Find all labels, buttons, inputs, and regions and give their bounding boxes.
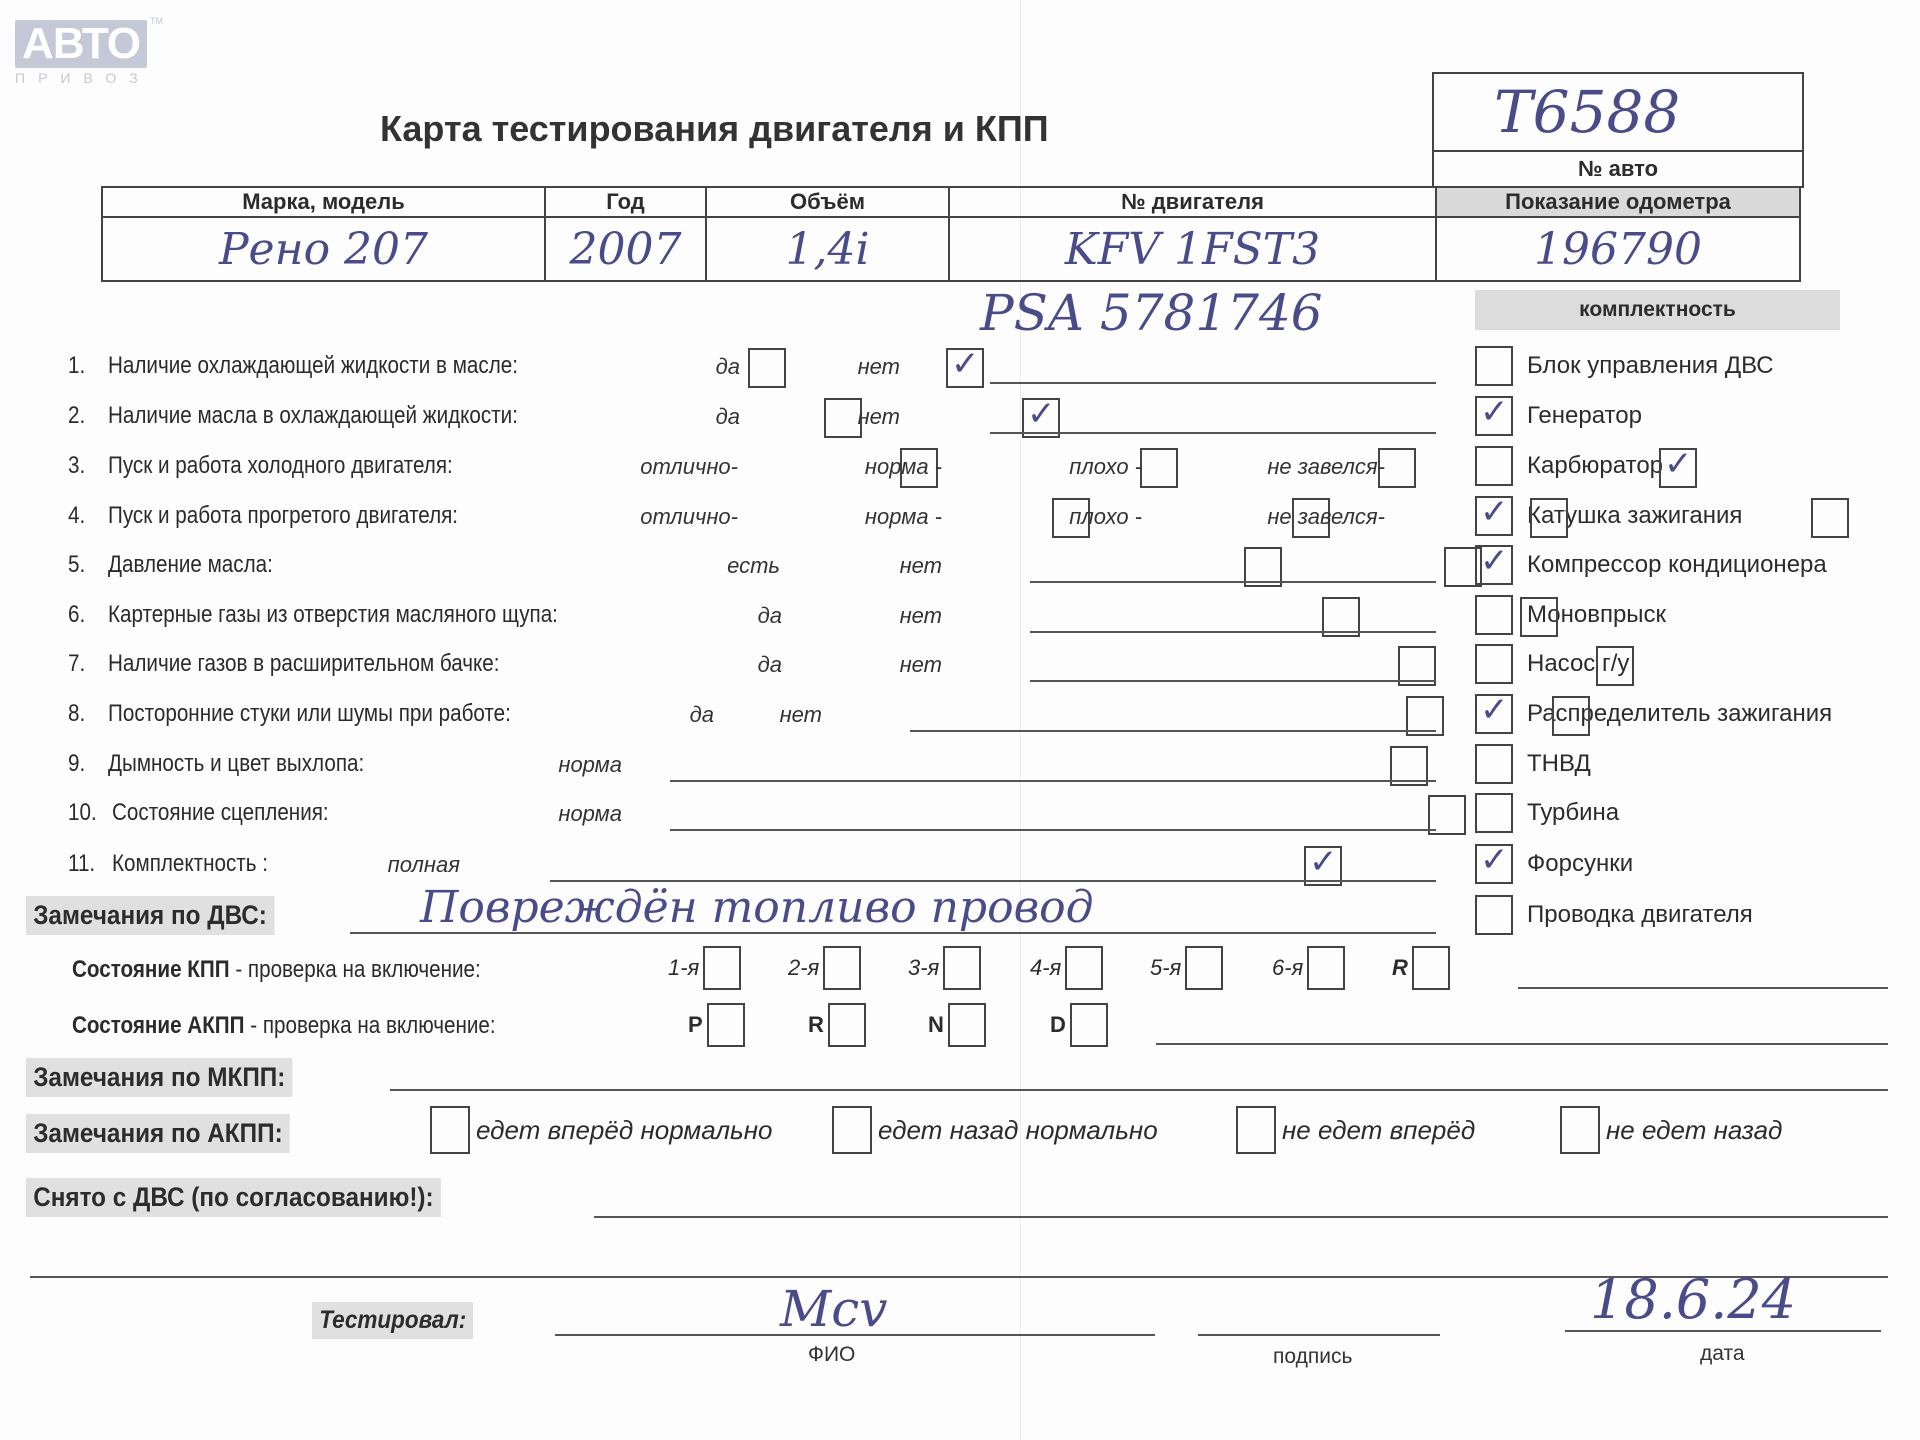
option-checkbox[interactable] bbox=[1552, 696, 1590, 736]
check-notes-line[interactable] bbox=[1030, 631, 1436, 633]
option-label: да bbox=[690, 702, 714, 728]
check-notes-line[interactable] bbox=[670, 780, 1436, 782]
check-label: Дымность и цвет выхлопа: bbox=[108, 750, 364, 778]
engine-number-value[interactable]: KFV 1FST3 bbox=[949, 217, 1436, 281]
option-checkbox[interactable] bbox=[946, 348, 984, 388]
option-label: есть bbox=[727, 553, 780, 579]
option-label: не завелся- bbox=[1267, 454, 1385, 480]
akpp-label-rest: - проверка на включение: bbox=[244, 1012, 495, 1039]
check-number: 10. bbox=[68, 799, 97, 827]
engine-notes-label: Замечания по ДВС: bbox=[26, 896, 274, 935]
check-label: Посторонние стуки или шумы при работе: bbox=[108, 700, 511, 728]
check-number: 4. bbox=[68, 502, 85, 530]
option-label: норма bbox=[558, 752, 622, 778]
checkbox[interactable] bbox=[1475, 644, 1513, 684]
gear-checkbox[interactable] bbox=[948, 1003, 986, 1047]
akpp-note-checkbox[interactable] bbox=[430, 1106, 470, 1154]
akpp-label: Состояние АКПП - проверка на включение: bbox=[72, 1012, 496, 1040]
completeness-item-label: Турбина bbox=[1527, 799, 1619, 827]
completeness-item[interactable]: Моновпрыск bbox=[1475, 595, 1666, 635]
option-label: нет bbox=[780, 702, 822, 728]
check-number: 7. bbox=[68, 650, 85, 678]
check-notes-line[interactable] bbox=[1030, 581, 1436, 583]
option-checkbox[interactable] bbox=[1596, 646, 1634, 686]
check-label: Пуск и работа прогретого двигателя: bbox=[108, 502, 458, 530]
auto-number-value[interactable]: Т6588 bbox=[1434, 74, 1802, 152]
tester-name-value[interactable]: Мсv bbox=[780, 1280, 887, 1338]
col-engine-number: № двигателя bbox=[949, 187, 1436, 217]
kpp-gear[interactable]: 2-я bbox=[788, 946, 861, 990]
option-checkbox[interactable] bbox=[1520, 597, 1558, 637]
option-label: нет bbox=[900, 603, 942, 629]
check-number: 6. bbox=[68, 601, 85, 629]
option-checkbox[interactable] bbox=[748, 348, 786, 388]
option-label: нет bbox=[858, 404, 900, 430]
tester-date-value[interactable]: 18.6.24 bbox=[1590, 1268, 1796, 1331]
col-make-model: Марка, модель bbox=[102, 187, 545, 217]
logo-subtitle: ПРИВОЗ bbox=[15, 70, 151, 86]
checkbox[interactable] bbox=[1475, 744, 1513, 784]
check-list: 1.Наличие охлаждающей жидкости в масле:д… bbox=[0, 0, 1920, 40]
akpp-gear[interactable]: R bbox=[808, 1003, 866, 1047]
check-number: 3. bbox=[68, 452, 85, 480]
akpp-note-label: не едет назад bbox=[1606, 1115, 1782, 1146]
check-label: Состояние сцепления: bbox=[112, 799, 329, 827]
checkbox[interactable] bbox=[1475, 396, 1513, 436]
completeness-item[interactable]: Турбина bbox=[1475, 793, 1619, 833]
tester-label: Тестировал: bbox=[312, 1302, 473, 1339]
kpp-gear[interactable]: 1-я bbox=[668, 946, 741, 990]
option-checkbox[interactable] bbox=[1444, 547, 1482, 587]
caption-signature: подпись bbox=[1273, 1345, 1352, 1369]
caption-name: ФИО bbox=[808, 1343, 855, 1367]
check-notes-line[interactable] bbox=[990, 382, 1436, 384]
gear-checkbox[interactable] bbox=[707, 1003, 745, 1047]
vehicle-info-table: Марка, модель Год Объём № двигателя Пока… bbox=[101, 186, 1801, 282]
akpp-notes-label: Замечания по АКПП: bbox=[26, 1114, 290, 1153]
gear-label: 5-я bbox=[1150, 955, 1181, 981]
option-label: отлично- bbox=[640, 454, 738, 480]
checkbox[interactable] bbox=[1475, 694, 1513, 734]
gear-checkbox[interactable] bbox=[1065, 946, 1103, 990]
akpp-note-checkbox[interactable] bbox=[1236, 1106, 1276, 1154]
auto-number-label: № авто bbox=[1434, 152, 1802, 186]
kpp-gear[interactable]: 5-я bbox=[1150, 946, 1223, 990]
option-checkbox[interactable] bbox=[1140, 448, 1178, 488]
option-label: норма - bbox=[865, 504, 942, 530]
col-odometer: Показание одометра bbox=[1436, 187, 1800, 217]
option-checkbox[interactable] bbox=[1530, 498, 1568, 538]
completeness-item-label: ТНВД bbox=[1527, 750, 1591, 778]
completeness-item[interactable]: Распределитель зажигания bbox=[1475, 694, 1832, 734]
option-label: нет bbox=[900, 652, 942, 678]
checkbox[interactable] bbox=[1475, 844, 1513, 884]
completeness-item[interactable]: Компрессор кондиционера bbox=[1475, 545, 1827, 585]
checkbox[interactable] bbox=[1475, 446, 1513, 486]
mkpp-notes-label: Замечания по МКПП: bbox=[26, 1058, 293, 1097]
check-notes-line[interactable] bbox=[1030, 680, 1436, 682]
check-label: Наличие газов в расширительном бачке: bbox=[108, 650, 499, 678]
completeness-item-label: Форсунки bbox=[1527, 850, 1633, 878]
completeness-item[interactable]: Генератор bbox=[1475, 396, 1642, 436]
option-label: плохо - bbox=[1069, 504, 1142, 530]
akpp-gear[interactable]: D bbox=[1050, 1003, 1108, 1047]
option-checkbox[interactable] bbox=[824, 398, 862, 438]
check-label: Пуск и работа холодного двигателя: bbox=[108, 452, 453, 480]
completeness-item[interactable]: Форсунки bbox=[1475, 844, 1633, 884]
gear-checkbox[interactable] bbox=[828, 1003, 866, 1047]
completeness-item[interactable]: ТНВД bbox=[1475, 744, 1591, 784]
check-notes-line[interactable] bbox=[670, 829, 1436, 831]
completeness-item-label: Компрессор кондиционера bbox=[1527, 551, 1827, 579]
gear-label: R bbox=[808, 1012, 824, 1038]
gear-label: 1-я bbox=[668, 955, 699, 981]
logo: АВТО bbox=[15, 20, 147, 68]
check-number: 1. bbox=[68, 352, 85, 380]
kpp-label-rest: - проверка на включение: bbox=[230, 956, 481, 983]
check-label: Наличие масла в охлаждающей жидкости: bbox=[108, 402, 518, 430]
option-label: да bbox=[716, 404, 740, 430]
option-checkbox[interactable] bbox=[1811, 498, 1849, 538]
tester-signature-line[interactable] bbox=[1198, 1334, 1440, 1336]
option-label: норма bbox=[558, 801, 622, 827]
option-label: плохо - bbox=[1069, 454, 1142, 480]
completeness-item[interactable]: Блок управления ДВС bbox=[1475, 346, 1774, 386]
col-volume: Объём bbox=[706, 187, 949, 217]
engine-notes-value[interactable]: Повреждён топливо провод bbox=[420, 882, 1094, 933]
mkpp-notes-line[interactable] bbox=[390, 1089, 1888, 1091]
option-label: отлично- bbox=[640, 504, 738, 530]
completeness-item-label: Проводка двигателя bbox=[1527, 901, 1753, 929]
gear-checkbox[interactable] bbox=[1412, 946, 1450, 990]
akpp-gear[interactable]: P bbox=[688, 1003, 745, 1047]
kpp-gear[interactable]: 6-я bbox=[1272, 946, 1345, 990]
gear-label: N bbox=[928, 1012, 944, 1038]
gear-checkbox[interactable] bbox=[943, 946, 981, 990]
option-label: норма - bbox=[865, 454, 942, 480]
akpp-note-label: едет вперёд нормально bbox=[476, 1115, 772, 1146]
checkbox[interactable] bbox=[1475, 793, 1513, 833]
odometer-value[interactable]: 196790 bbox=[1436, 217, 1800, 281]
option-label: нет bbox=[858, 354, 900, 380]
removed-line[interactable] bbox=[594, 1216, 1888, 1218]
akpp-note-option[interactable]: едет вперёд нормально bbox=[430, 1106, 772, 1154]
akpp-note-label: не едет вперёд bbox=[1282, 1115, 1475, 1146]
gear-label: P bbox=[688, 1012, 703, 1038]
check-number: 2. bbox=[68, 402, 85, 430]
gear-label: R bbox=[1392, 955, 1408, 981]
kpp-notes-line bbox=[1518, 987, 1888, 989]
kpp-gear[interactable]: 4-я bbox=[1030, 946, 1103, 990]
akpp-note-checkbox[interactable] bbox=[832, 1106, 872, 1154]
checkbox[interactable] bbox=[1475, 346, 1513, 386]
make-model-value[interactable]: Рено 207 bbox=[102, 217, 545, 281]
akpp-gear[interactable]: N bbox=[928, 1003, 986, 1047]
kpp-gear[interactable]: 3-я bbox=[908, 946, 981, 990]
check-number: 8. bbox=[68, 700, 85, 728]
check-number: 11. bbox=[68, 850, 95, 878]
option-label: да bbox=[758, 652, 782, 678]
akpp-note-checkbox[interactable] bbox=[1560, 1106, 1600, 1154]
auto-number-box: Т6588 № авто bbox=[1432, 72, 1804, 188]
page-title: Карта тестирования двигателя и КПП bbox=[380, 108, 1049, 150]
akpp-label-bold: Состояние АКПП bbox=[72, 1012, 244, 1039]
gear-label: 2-я bbox=[788, 955, 819, 981]
check-label: Давление масла: bbox=[108, 551, 273, 579]
removed-label: Снято с ДВС (по согласованию!): bbox=[26, 1178, 441, 1217]
completeness-item-label: Генератор bbox=[1527, 402, 1642, 430]
checkbox[interactable] bbox=[1475, 895, 1513, 935]
col-year: Год bbox=[545, 187, 706, 217]
check-number: 5. bbox=[68, 551, 85, 579]
option-label: нет bbox=[900, 553, 942, 579]
check-label: Наличие охлаждающей жидкости в масле: bbox=[108, 352, 518, 380]
completeness-item-label: Блок управления ДВС bbox=[1527, 352, 1774, 380]
option-label: не завелся- bbox=[1267, 504, 1385, 530]
completeness-header: комплектность bbox=[1475, 290, 1840, 330]
check-notes-line[interactable] bbox=[910, 730, 1436, 732]
gear-label: 4-я bbox=[1030, 955, 1061, 981]
akpp-note-option[interactable]: едет назад нормально bbox=[832, 1106, 1158, 1154]
kpp-gear[interactable]: R bbox=[1392, 946, 1450, 990]
akpp-note-option[interactable]: не едет назад bbox=[1560, 1106, 1782, 1154]
akpp-note-label: едет назад нормально bbox=[878, 1115, 1158, 1146]
kpp-label-bold: Состояние КПП bbox=[72, 956, 230, 983]
completeness-item-label: Карбюратор bbox=[1527, 452, 1663, 480]
completeness-item[interactable]: Катушка зажигания bbox=[1475, 496, 1742, 536]
gear-checkbox[interactable] bbox=[703, 946, 741, 990]
check-number: 9. bbox=[68, 750, 85, 778]
option-label: полная bbox=[388, 852, 460, 878]
option-label: да bbox=[716, 354, 740, 380]
gear-label: 6-я bbox=[1272, 955, 1303, 981]
check-label: Картерные газы из отверстия масляного щу… bbox=[108, 601, 558, 629]
option-checkbox[interactable] bbox=[1659, 448, 1697, 488]
year-value[interactable]: 2007 bbox=[545, 217, 706, 281]
akpp-notes-line bbox=[1156, 1043, 1888, 1045]
completeness-item[interactable]: Проводка двигателя bbox=[1475, 895, 1753, 935]
checkbox[interactable] bbox=[1475, 595, 1513, 635]
check-notes-line[interactable] bbox=[990, 432, 1436, 434]
gear-checkbox[interactable] bbox=[1185, 946, 1223, 990]
volume-value[interactable]: 1,4i bbox=[706, 217, 949, 281]
gear-checkbox[interactable] bbox=[1307, 946, 1345, 990]
checkbox[interactable] bbox=[1475, 496, 1513, 536]
check-label: Комплектность : bbox=[112, 850, 268, 878]
caption-date: дата bbox=[1700, 1342, 1745, 1366]
akpp-note-option[interactable]: не едет вперёд bbox=[1236, 1106, 1475, 1154]
gear-checkbox[interactable] bbox=[823, 946, 861, 990]
kpp-label: Состояние КПП - проверка на включение: bbox=[72, 956, 481, 984]
option-label: да bbox=[758, 603, 782, 629]
completeness-item[interactable]: Карбюратор bbox=[1475, 446, 1663, 486]
gear-checkbox[interactable] bbox=[1070, 1003, 1108, 1047]
gear-label: 3-я bbox=[908, 955, 939, 981]
logo-trademark: TM bbox=[150, 16, 163, 26]
gear-label: D bbox=[1050, 1012, 1066, 1038]
engine-number-extra[interactable]: PSA 5781746 bbox=[980, 284, 1323, 342]
